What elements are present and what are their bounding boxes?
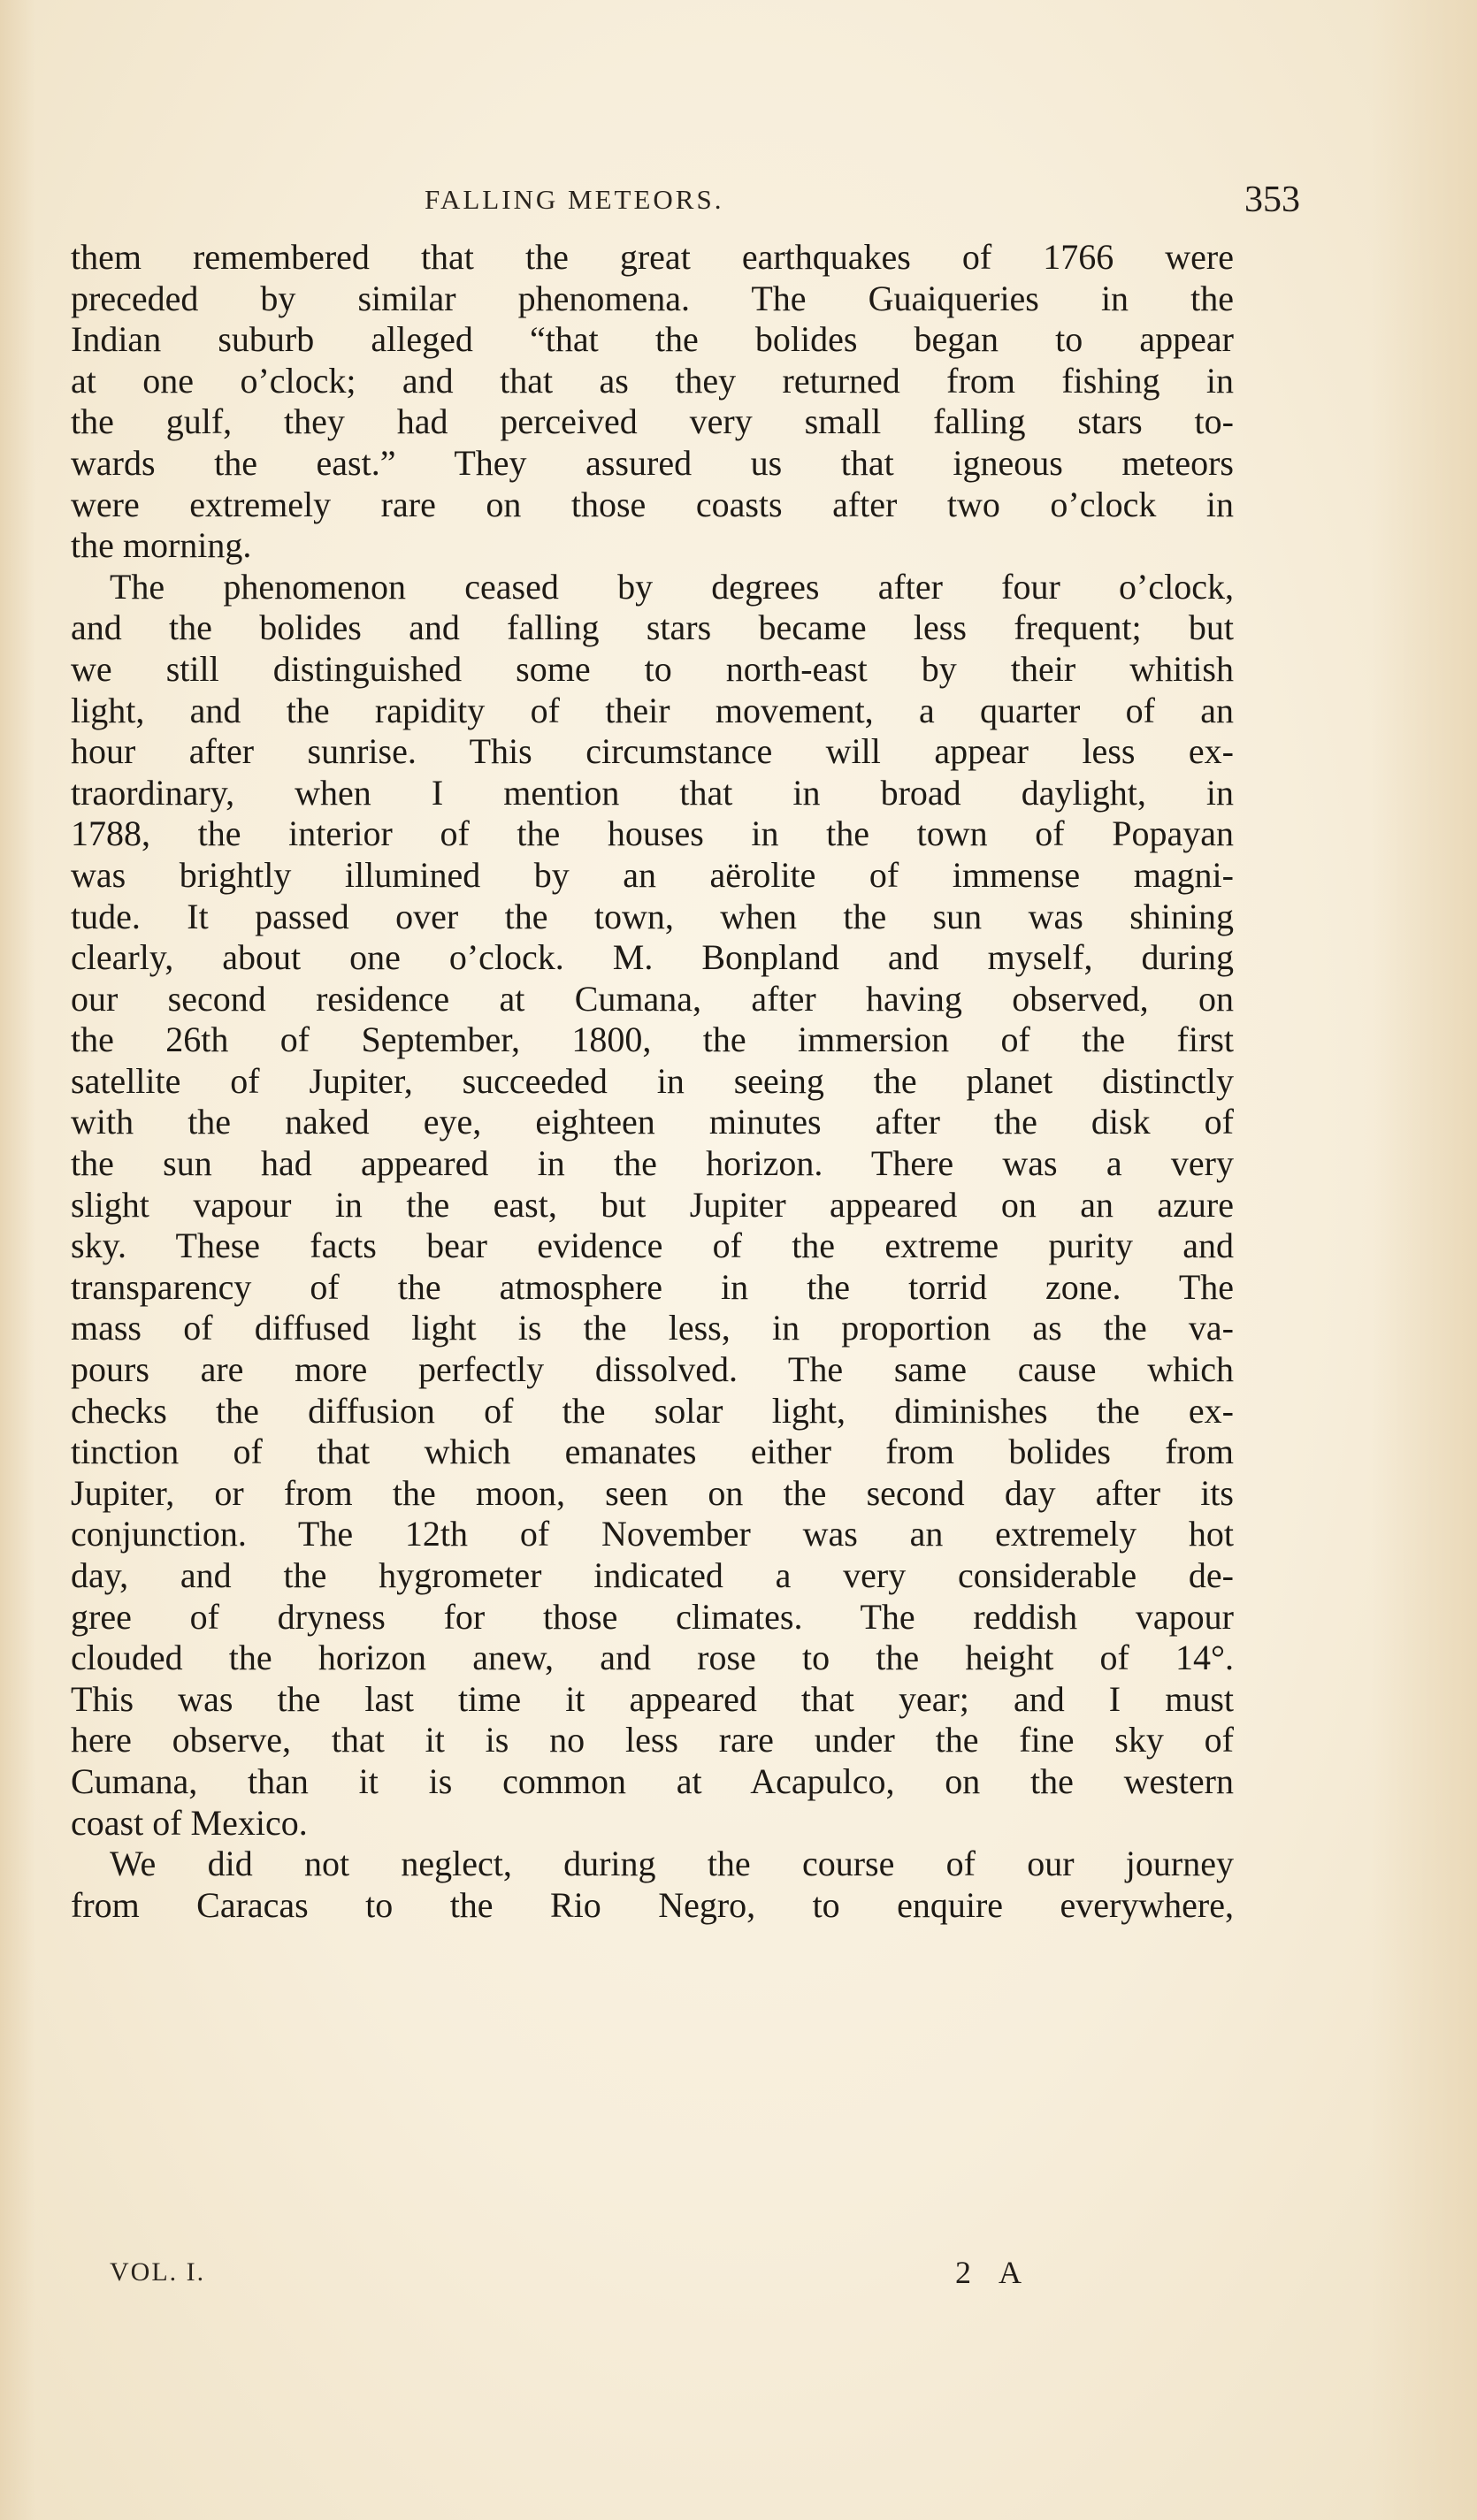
page-header: FALLING METEORS. 353 <box>71 184 1420 228</box>
text-line: Cumana, than it is common at Acapulco, o… <box>71 1761 1234 1803</box>
printer-signature-mark: 2 A <box>955 2254 1032 2291</box>
text-line: satellite of Jupiter, succeeded in seein… <box>71 1061 1234 1103</box>
text-line: 1788, the interior of the houses in the … <box>71 813 1234 855</box>
text-line: clearly, about one o’clock. M. Bonpland … <box>71 937 1234 979</box>
text-line: at one o’clock; and that as they returne… <box>71 361 1234 402</box>
text-line: the 26th of September, 1800, the immersi… <box>71 1019 1234 1061</box>
text-line: Jupiter, or from the moon, seen on the s… <box>71 1473 1234 1515</box>
text-line: tinction of that which emanates either f… <box>71 1432 1234 1473</box>
text-line: the sun had appeared in the horizon. The… <box>71 1143 1234 1185</box>
text-line: tude. It passed over the town, when the … <box>71 897 1234 938</box>
text-line: was brightly illumined by an aërolite of… <box>71 855 1234 897</box>
text-line: here observe, that it is no less rare un… <box>71 1720 1234 1761</box>
text-line: This was the last time it appeared that … <box>71 1679 1234 1721</box>
running-title: FALLING METEORS. <box>425 184 723 216</box>
text-line: with the naked eye, eighteen minutes aft… <box>71 1102 1234 1143</box>
volume-label: VOL. I. <box>110 2257 205 2287</box>
text-line: light, and the rapidity of their movemen… <box>71 691 1234 732</box>
text-line: and the bolides and falling stars became… <box>71 607 1234 649</box>
text-line: the gulf, they had perceived very small … <box>71 401 1234 443</box>
text-line: hour after sunrise. This circumstance wi… <box>71 731 1234 773</box>
text-line-paragraph-end: the morning. <box>71 525 1234 567</box>
text-line: Indian suburb alleged “that the bolides … <box>71 319 1234 361</box>
text-line-paragraph-end: coast of Mexico. <box>71 1803 1234 1844</box>
text-line: were extremely rare on those coasts afte… <box>71 485 1234 526</box>
page-number: 353 <box>1244 179 1300 221</box>
text-line: checks the diffusion of the solar light,… <box>71 1391 1234 1432</box>
body-text: them remembered that the great earthquak… <box>71 237 1234 1926</box>
text-line: clouded the horizon anew, and rose to th… <box>71 1638 1234 1679</box>
text-line: we still distinguished some to north-eas… <box>71 649 1234 691</box>
text-line: mass of diffused light is the less, in p… <box>71 1308 1234 1349</box>
text-line: from Caracas to the Rio Negro, to enquir… <box>71 1885 1234 1927</box>
text-line: them remembered that the great earthquak… <box>71 237 1234 279</box>
text-line: conjunction. The 12th of November was an… <box>71 1514 1234 1555</box>
text-line-paragraph-start: The phenomenon ceased by degrees after f… <box>71 567 1234 608</box>
book-page: FALLING METEORS. 353 them remembered tha… <box>0 0 1477 2520</box>
page-shadow-left <box>0 0 35 2520</box>
text-line-paragraph-start: We did not neglect, during the course of… <box>71 1844 1234 1885</box>
text-line: preceded by similar phenomena. The Guaiq… <box>71 279 1234 320</box>
text-line: traordinary, when I mention that in broa… <box>71 773 1234 814</box>
text-line: wards the east.” They assured us that ig… <box>71 443 1234 485</box>
text-line: gree of dryness for those climates. The … <box>71 1597 1234 1638</box>
text-line: slight vapour in the east, but Jupiter a… <box>71 1185 1234 1226</box>
text-line: transparency of the atmosphere in the to… <box>71 1267 1234 1309</box>
page-footer: VOL. I. 2 A <box>71 2257 1234 2296</box>
text-line: pours are more perfectly dissolved. The … <box>71 1349 1234 1391</box>
text-line: our second residence at Cumana, after ha… <box>71 979 1234 1020</box>
page-shadow-right <box>1371 0 1477 2520</box>
text-line: day, and the hygrometer indicated a very… <box>71 1555 1234 1597</box>
text-line: sky. These facts bear evidence of the ex… <box>71 1226 1234 1267</box>
